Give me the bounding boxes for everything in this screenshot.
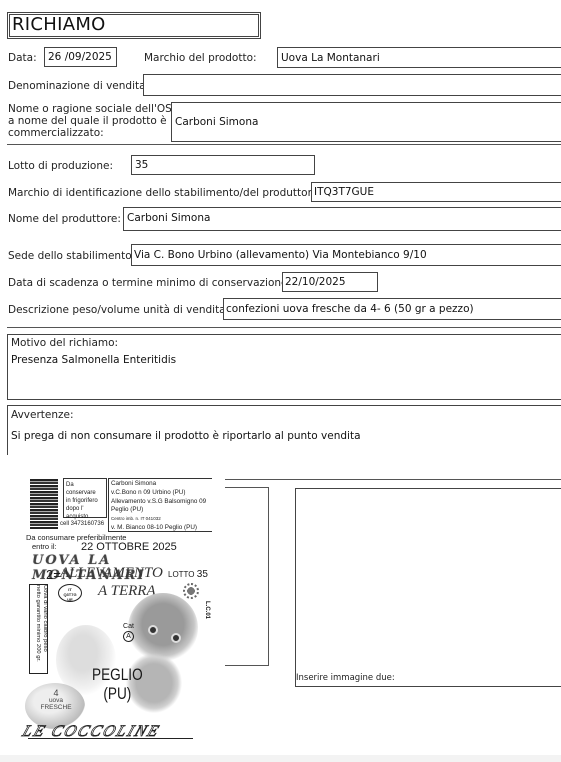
- weight-note: Uova di vario calibro peso netto garanti…: [32, 585, 48, 673]
- label-lot: LOTTO 35: [168, 569, 208, 580]
- sale-name-label: Denominazione di vendita:: [8, 80, 149, 92]
- image-two-label: Inserire immagine due:: [296, 673, 395, 683]
- label-location: PEGLIO (PU): [92, 665, 143, 703]
- lot-value: 35: [135, 159, 148, 171]
- expiry-label: Data di scadenza o termine minimo di con…: [8, 277, 291, 289]
- lot-field[interactable]: [131, 155, 315, 175]
- product-brand-label: Marchio del prodotto:: [144, 52, 257, 64]
- id-mark-label: Marchio di identificazione dello stabili…: [8, 187, 322, 199]
- phone-number: cell 3473160736: [60, 521, 104, 527]
- farming-type-line1: ALLEVAMENTO: [60, 565, 163, 582]
- date-label: Data:: [8, 52, 37, 64]
- osa-label: Nome o ragione sociale dell'OSA a nome d…: [8, 103, 179, 139]
- sale-name-field[interactable]: [143, 74, 561, 96]
- producer-name-label: Nome del produttore:: [8, 213, 121, 225]
- brand-underline: [28, 738, 193, 739]
- storage-note: Da conservare in frigorifero dopo l' acq…: [63, 478, 107, 518]
- frame-top-line: [225, 479, 561, 480]
- date-value: 26 /09/2025: [48, 51, 112, 63]
- expiry-value: 22/10/2025: [285, 276, 346, 288]
- warnings-value: Si prega di non consumare il prodotto è …: [11, 430, 361, 442]
- recall-reason-label: Motivo del richiamo:: [11, 337, 118, 349]
- barcode: [30, 479, 58, 529]
- vertical-code: L.C.01: [204, 601, 210, 619]
- image-one-frame-bottom: [225, 665, 269, 666]
- id-mark-value: ITQ3T7GUE: [314, 186, 374, 198]
- label-expiry-date: 22 OTTOBRE 2025: [81, 541, 177, 553]
- warnings-label: Avvertenze:: [11, 409, 74, 421]
- recall-reason-value: Presenza Salmonella Enteritidis: [11, 354, 176, 366]
- chick-eye: [148, 625, 158, 635]
- egg-category: Cat A: [123, 623, 134, 642]
- image-two-frame[interactable]: [295, 488, 561, 687]
- producer-info: Carboni Simona v.C.Bono n 09 Urbino (PU)…: [108, 478, 212, 532]
- egg-count: 4 uova FRESCHE: [31, 690, 81, 711]
- document-title: RICHIAMO: [12, 14, 106, 35]
- page-bottom-strip: [0, 755, 561, 762]
- osa-value: Carboni Simona: [175, 116, 258, 128]
- image-one-frame-top: [225, 487, 269, 488]
- product-label-image: Da conservare in frigorifero dopo l' acq…: [8, 465, 212, 751]
- weight-label: Descrizione peso/volume unità di vendita…: [8, 304, 229, 316]
- chick-eye: [171, 633, 181, 643]
- image-one-frame-right: [268, 487, 269, 665]
- site-value: Via C. Bono Urbino (allevamento) Via Mon…: [134, 249, 427, 261]
- divider: [7, 144, 561, 145]
- lot-label: Lotto di produzione:: [8, 160, 113, 172]
- site-label: Sede dello stabilimento:: [8, 250, 135, 262]
- health-mark-oval: IT Q3T7G UE: [58, 584, 82, 602]
- chick-head-illustration: [128, 593, 198, 663]
- divider: [7, 327, 561, 328]
- farming-code: 2=: [46, 567, 61, 582]
- sun-icon: [183, 583, 199, 599]
- product-brand-value: Uova La Montanari: [281, 52, 380, 64]
- producer-name-value: Carboni Simona: [127, 212, 210, 224]
- weight-value: confezioni uova fresche da 4- 6 (50 gr a…: [226, 303, 474, 315]
